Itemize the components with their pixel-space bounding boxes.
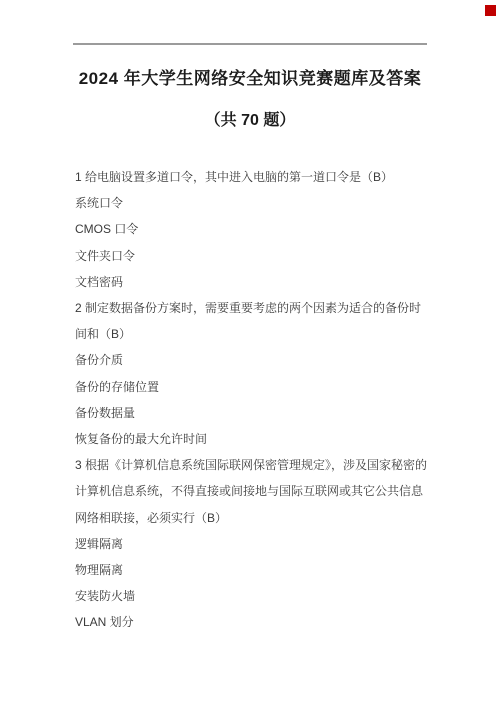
option-text: 恢复备份的最大允许时间: [75, 426, 431, 452]
question-text: 1 给电脑设置多道口令，其中进入电脑的第一道口令是（B）: [75, 164, 431, 190]
option-list: 系统口令CMOS 口令文件夹口令文档密码: [75, 190, 431, 295]
option-text: 文件夹口令: [75, 243, 431, 269]
question-text: 2 制定数据备份方案时，需要重要考虑的两个因素为适合的备份时 间和（B）: [75, 295, 431, 347]
option-text: 物理隔离: [75, 557, 431, 583]
document-title: 2024 年大学生网络安全知识竞赛题库及答案: [0, 68, 500, 90]
header-divider: [73, 43, 427, 45]
option-text: CMOS 口令: [75, 216, 431, 242]
document-page: 2024 年大学生网络安全知识竞赛题库及答案 （共 70 题） 1 给电脑设置多…: [0, 0, 500, 707]
option-text: 系统口令: [75, 190, 431, 216]
option-text: 备份介质: [75, 347, 431, 373]
option-text: 备份的存储位置: [75, 374, 431, 400]
option-list: 逻辑隔离物理隔离安装防火墙VLAN 划分: [75, 531, 431, 636]
option-text: 安装防火墙: [75, 583, 431, 609]
option-text: 备份数据量: [75, 400, 431, 426]
question-text: 3 根据《计算机信息系统国际联网保密管理规定》，涉及国家秘密的 计算机信息系统，…: [75, 452, 431, 531]
question-block: 3 根据《计算机信息系统国际联网保密管理规定》，涉及国家秘密的 计算机信息系统，…: [75, 452, 431, 635]
option-text: 逻辑隔离: [75, 531, 431, 557]
question-block: 1 给电脑设置多道口令，其中进入电脑的第一道口令是（B） 系统口令CMOS 口令…: [75, 164, 431, 295]
option-text: 文档密码: [75, 269, 431, 295]
question-list: 1 给电脑设置多道口令，其中进入电脑的第一道口令是（B） 系统口令CMOS 口令…: [75, 164, 431, 636]
red-corner-marker: [485, 5, 496, 16]
question-block: 2 制定数据备份方案时，需要重要考虑的两个因素为适合的备份时 间和（B） 备份介…: [75, 295, 431, 452]
option-list: 备份介质备份的存储位置备份数据量恢复备份的最大允许时间: [75, 347, 431, 452]
option-text: VLAN 划分: [75, 609, 431, 635]
document-subtitle: （共 70 题）: [0, 110, 500, 132]
